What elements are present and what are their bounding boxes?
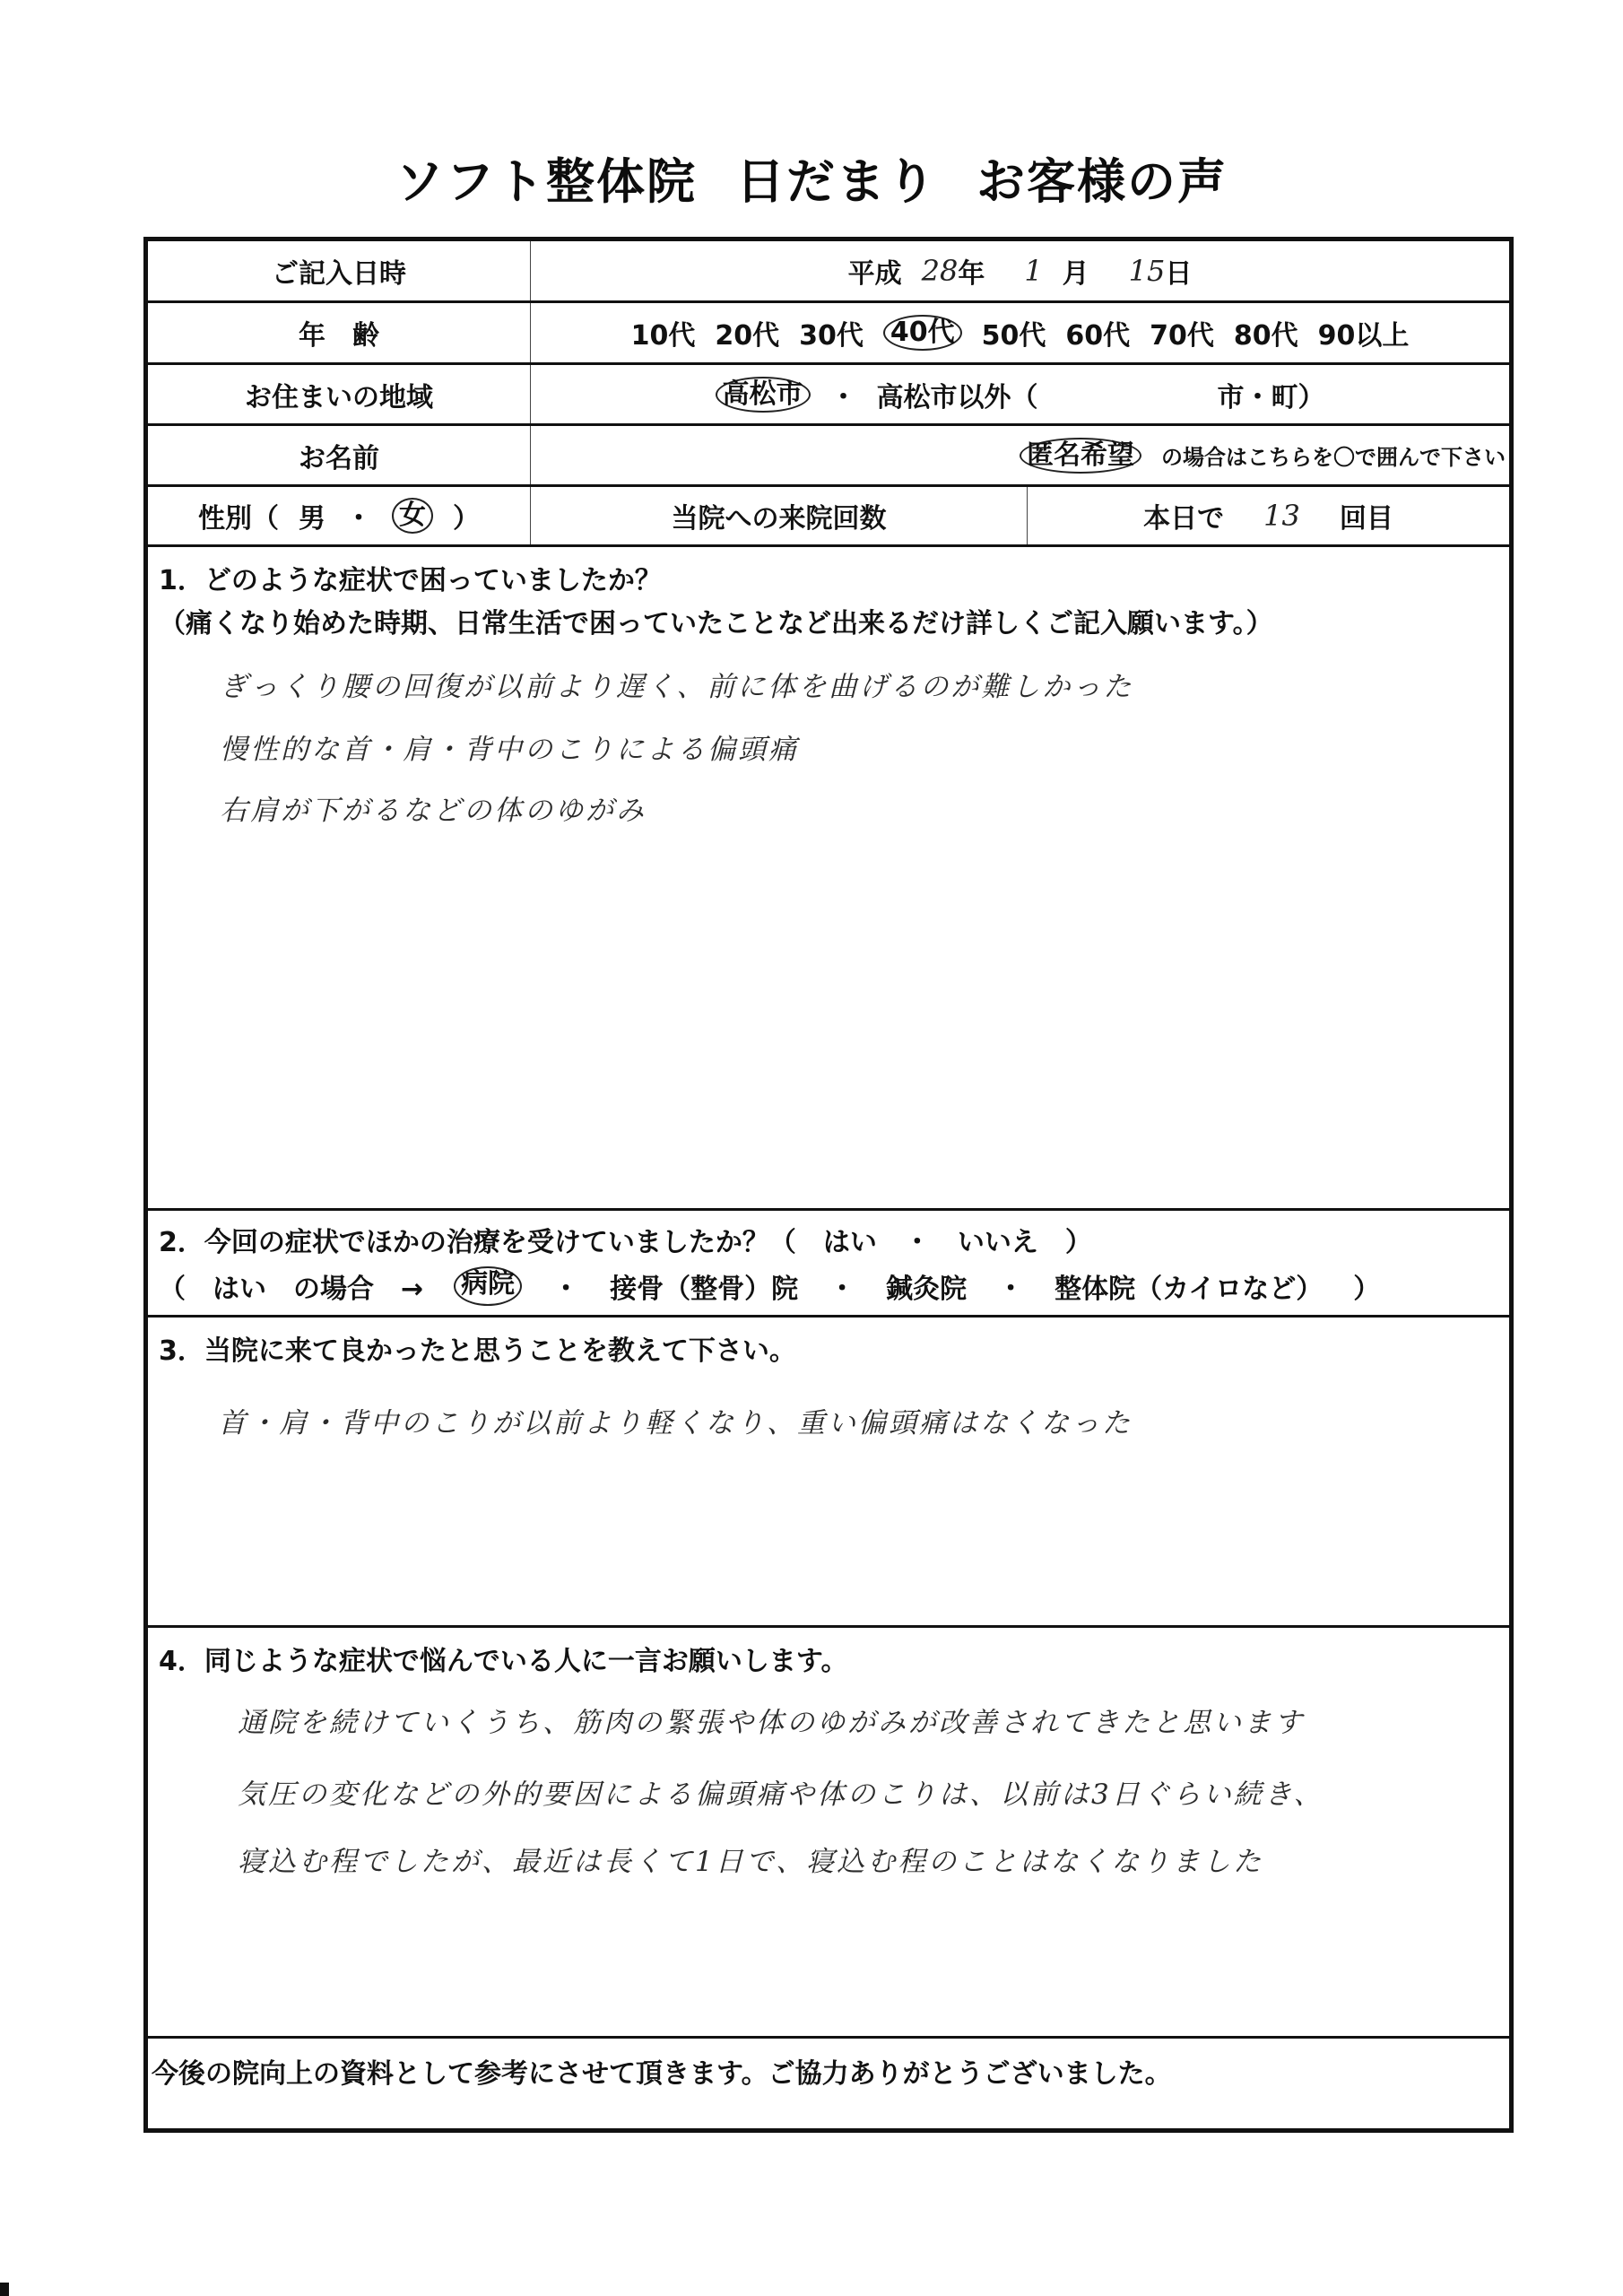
scan-registration-mark [0,2283,9,2296]
age-option-70s[interactable]: 70代 [1150,313,1214,352]
date-label: ご記入日時 [148,241,531,300]
region-label: お住まいの地域 [148,365,531,423]
day-unit: 日 [1165,251,1192,291]
name-row: お名前 匿名希望 の場合はこちらを〇で囲んで下さい [148,426,1509,487]
anonymous-option-selected[interactable]: 匿名希望 [1020,438,1141,474]
age-option-30s[interactable]: 30代 [799,313,864,352]
title-clinic-name: 日だまり [736,153,937,210]
q2-separator: ・ [552,1266,579,1306]
region-option-other[interactable]: 高松市以外（ [877,375,1038,414]
q2-option-acupuncture[interactable]: 鍼灸院 [886,1266,967,1306]
region-separator: ・ [830,375,857,414]
q1-heading: 1．どのような症状で困っていましたか？ [159,558,662,597]
q4-answer-line-1[interactable]: 通院を続けていくうち、筋肉の緊張や体のゆがみが改善されてきたと思います [238,1700,1305,1740]
q4-answer-line-3[interactable]: 寝込む程でしたが、最近は長くて1日で、寝込む程のことはなくなりました [238,1839,1263,1879]
region-row: お住まいの地域 高松市 ・ 高松市以外（ 市・町） [148,365,1509,426]
date-value: 平成 28 年 1 月 15 日 [531,241,1509,300]
q4-answer-line-2[interactable]: 気圧の変化などの外的要因による偏頭痛や体のこりは、以前は3日ぐらい続き、 [238,1771,1324,1812]
age-option-20s[interactable]: 20代 [715,313,779,352]
q3-heading: 3．当院に来て良かったと思うことを教えて下さい。 [159,1328,796,1368]
year-field[interactable]: 28 [922,254,959,288]
age-options: 10代 20代 30代 40代 50代 60代 70代 80代 90以上 [531,303,1509,362]
visits-suffix: 回目 [1340,496,1393,535]
month-unit: 月 [1063,251,1089,291]
q2-sub-prefix: （ はい の場合 → [159,1266,423,1306]
q2-options: （ はい の場合 → 病院 ・ 接骨（整骨）院 ・ 鍼灸院 ・ 整体院（カイロな… [159,1266,1380,1306]
age-option-50s[interactable]: 50代 [982,313,1046,352]
gender-separator: ・ [345,496,372,535]
age-row: 年 齢 10代 20代 30代 40代 50代 60代 70代 80代 90以上 [148,303,1509,365]
q1-subheading: （痛くなり始めた時期、日常生活で困っていたことなど出来るだけ詳しくご記入願います… [159,601,1273,640]
footer-thanks: 今後の院向上の資料として参考にさせて頂きます。ご協力ありがとうございました。 [152,2051,1172,2091]
visits-prefix: 本日で [1143,496,1224,535]
gender-suffix: ） [453,496,480,535]
age-label: 年 齢 [148,303,531,362]
region-options: 高松市 ・ 高松市以外（ 市・町） [531,365,1509,423]
anonymous-note: の場合はこちらを〇で囲んで下さい [1161,439,1506,471]
q1-answer-line-3[interactable]: 右肩が下がるなどの体のゆがみ [220,787,647,828]
title-clinic-type: ソフト整体院 [395,153,697,210]
footer-row: 今後の院向上の資料として参考にさせて頂きます。ご協力ありがとうございました。 [148,2039,1509,2133]
q2-sub-suffix: ） [1353,1266,1380,1306]
age-option-80s[interactable]: 80代 [1234,313,1298,352]
visits-count-field[interactable]: 13 [1263,499,1300,533]
page-title: ソフト整体院日だまりお客様の声 [0,143,1623,213]
gender-field: 性別（ 男 ・ 女 ） [148,487,531,544]
year-unit: 年 [958,251,985,291]
region-option-takamatsu-selected[interactable]: 高松市 [716,377,811,413]
region-other-suffix: 市・町） [1218,375,1325,414]
name-value: 匿名希望 の場合はこちらを〇で囲んで下さい [531,426,1509,484]
date-row: ご記入日時 平成 28 年 1 月 15 日 [148,241,1509,303]
q4-heading: 4．同じような症状で悩んでいる人に一言お願いします。 [159,1639,847,1678]
visits-label: 当院への来院回数 [531,487,1028,544]
title-customer-voice: お客様の声 [976,153,1228,210]
gender-option-female-selected[interactable]: 女 [392,498,433,534]
q2-separator: ・ [997,1266,1024,1306]
q1-answer-line-1[interactable]: ぎっくり腰の回復が以前より遅く、前に体を曲げるのが難しかった [220,664,1133,704]
age-option-10s[interactable]: 10代 [631,313,696,352]
visits-value: 本日で 13 回目 [1028,487,1509,544]
day-field[interactable]: 15 [1129,254,1166,288]
section-q2: 2．今回の症状でほかの治療を受けていましたか？（ はい ・ いいえ ） （ はい… [148,1211,1509,1318]
q2-option-chiropractic[interactable]: 整体院（カイロなど） [1055,1266,1323,1306]
q1-answer-line-2[interactable]: 慢性的な首・肩・背中のこりによる偏頭痛 [220,726,799,767]
survey-form: ご記入日時 平成 28 年 1 月 15 日 年 齢 10代 20代 30代 4… [143,237,1514,2133]
q3-answer-line-1[interactable]: 首・肩・背中のこりが以前より軽くなり、重い偏頭痛はなくなった [218,1400,1133,1440]
section-q4: 4．同じような症状で悩んでいる人に一言お願いします。 通院を続けていくうち、筋肉… [148,1628,1509,2039]
name-label: お名前 [148,426,531,484]
q2-option-bonesetter[interactable]: 接骨（整骨）院 [610,1266,798,1306]
q2-option-hospital-selected[interactable]: 病院 [454,1266,522,1306]
age-option-40s-selected[interactable]: 40代 [883,315,962,351]
gender-prefix: 性別（ [198,496,279,535]
month-field[interactable]: 1 [1024,254,1042,288]
gender-visits-row: 性別（ 男 ・ 女 ） 当院への来院回数 本日で 13 回目 [148,487,1509,547]
section-q1: 1．どのような症状で困っていましたか？ （痛くなり始めた時期、日常生活で困ってい… [148,547,1509,1211]
q2-heading: 2．今回の症状でほかの治療を受けていましたか？（ はい ・ いいえ ） [159,1220,1092,1259]
section-q3: 3．当院に来て良かったと思うことを教えて下さい。 首・肩・背中のこりが以前より軽… [148,1318,1509,1628]
gender-option-male[interactable]: 男 [299,496,325,535]
age-option-60s[interactable]: 60代 [1065,313,1130,352]
age-option-90plus[interactable]: 90以上 [1318,313,1410,352]
q2-separator: ・ [829,1266,855,1306]
era: 平成 [848,251,902,291]
